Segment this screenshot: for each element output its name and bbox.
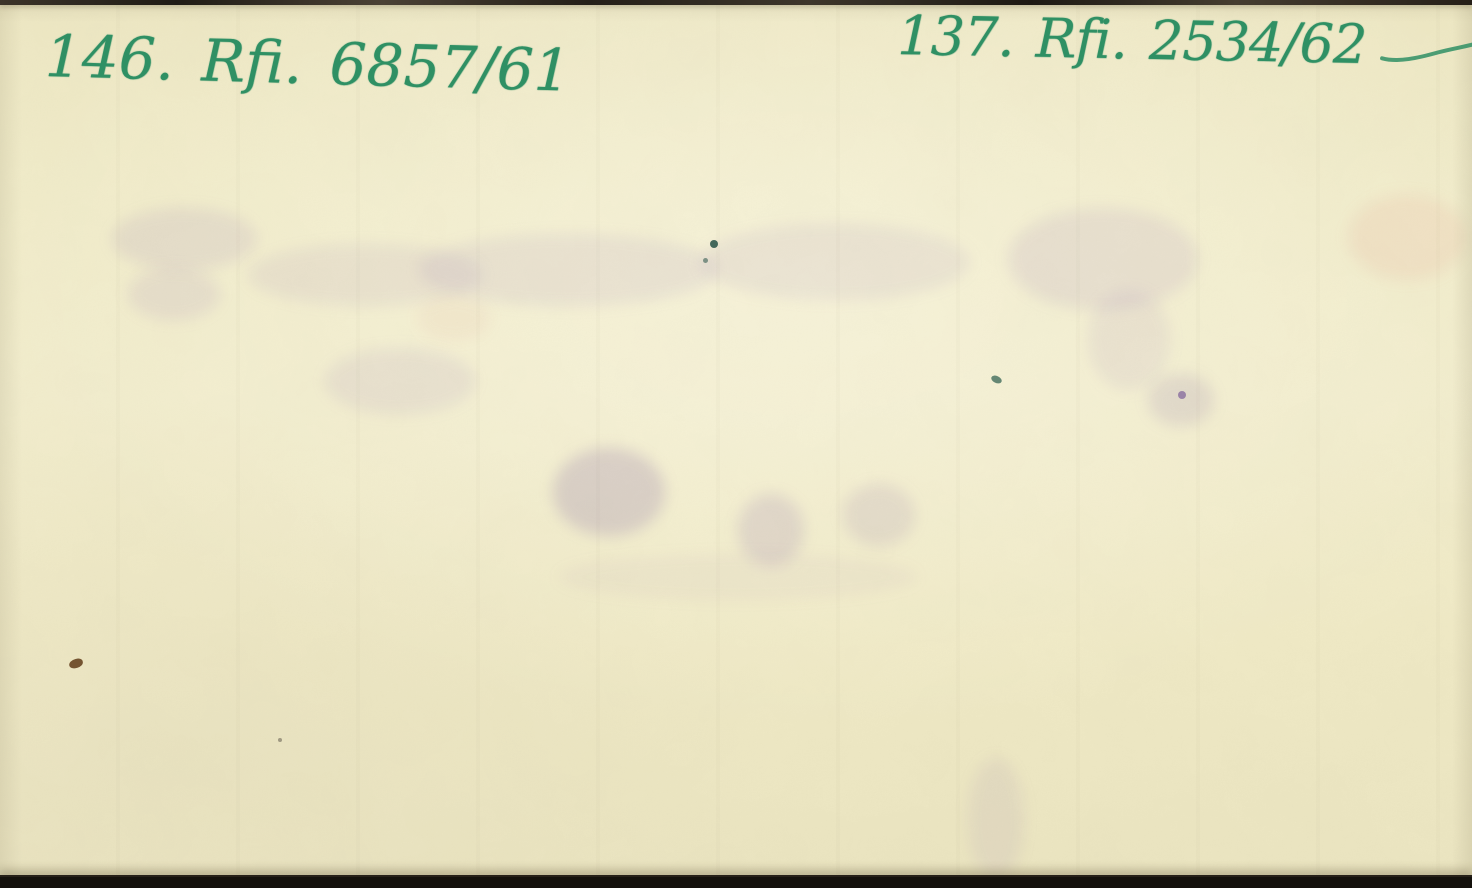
bleedthrough-smudge xyxy=(1148,374,1214,426)
bleedthrough-smudge xyxy=(1008,208,1198,310)
pink-stain xyxy=(1348,194,1466,280)
ink-speck xyxy=(990,374,1003,385)
bleedthrough-smudge xyxy=(553,448,665,536)
bleedthrough-smudge xyxy=(112,208,257,270)
reference-number-left: 146. Rfi. 6857/61 xyxy=(44,22,571,105)
ink-speck xyxy=(278,738,282,742)
inscription-top-right: 137. Rfi. 2534/62 xyxy=(897,4,1472,78)
scan-border-top xyxy=(0,0,1472,5)
scan-border-bottom xyxy=(0,875,1472,888)
ink-speck xyxy=(710,240,718,248)
ink-speck xyxy=(1178,391,1186,399)
pink-stain xyxy=(418,298,490,340)
bleedthrough-smudge xyxy=(128,268,220,320)
bleedthrough-smudge xyxy=(325,348,475,414)
bleedthrough-smudge xyxy=(700,224,970,300)
bleedthrough-smudge xyxy=(843,484,915,546)
reference-number-right: 137. Rfi. 2534/62 xyxy=(897,4,1367,76)
bleedthrough-smudge xyxy=(248,244,483,306)
ink-speck xyxy=(703,258,708,263)
bleedthrough-smudge xyxy=(968,758,1024,880)
card-paper-surface: 146. Rfi. 6857/61 137. Rfi. 2534/62 xyxy=(0,0,1472,888)
bleedthrough-smudge xyxy=(418,234,718,306)
bleedthrough-smudge xyxy=(1088,290,1170,390)
paper-grain-texture xyxy=(0,0,1472,888)
bleedthrough-smudge xyxy=(738,494,804,566)
brown-fleck xyxy=(68,657,84,669)
scanned-card-page: 146. Rfi. 6857/61 137. Rfi. 2534/62 xyxy=(0,0,1472,888)
trailing-dash-flourish xyxy=(1380,37,1472,69)
bleedthrough-smudge xyxy=(558,554,918,600)
inscription-top-left: 146. Rfi. 6857/61 xyxy=(44,22,571,105)
